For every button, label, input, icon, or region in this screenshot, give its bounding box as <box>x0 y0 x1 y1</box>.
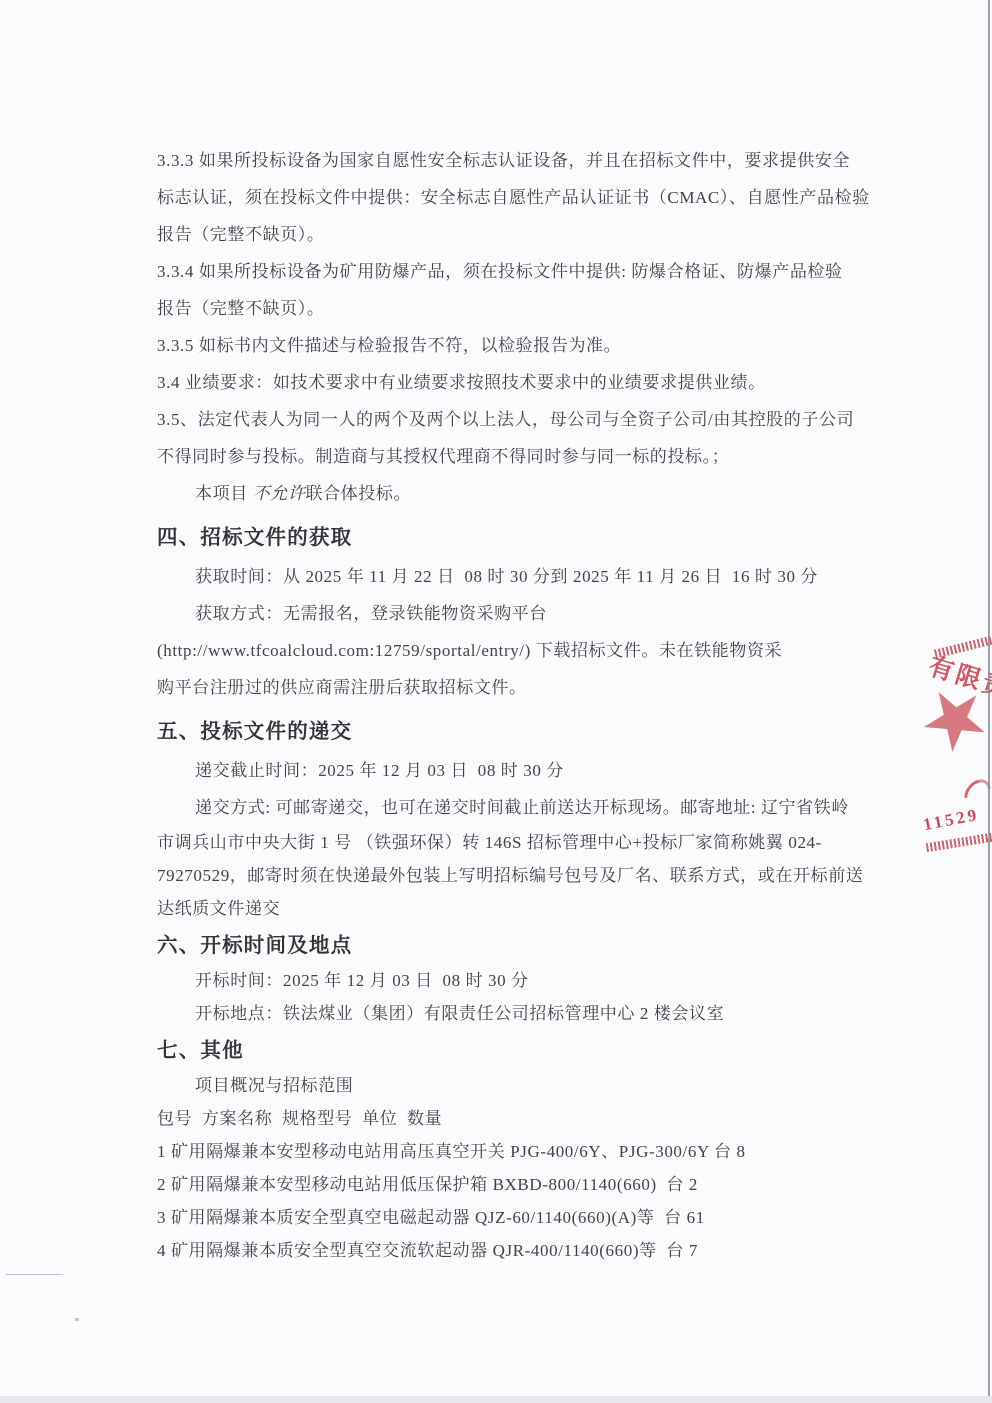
doc-line: 不得同时参与投标。制造商与其授权代理商不得同时参与同一标的投标。； <box>157 438 879 475</box>
section-heading-5: 五、投标文件的递交 <box>157 712 879 752</box>
scan-artifact-dot <box>75 1318 79 1321</box>
doc-line: 3.3.4 如果所投标设备为矿用防爆产品，须在投标文件中提供: 防爆合格证、防爆… <box>157 253 879 290</box>
doc-line: 开标时间：2025 年 12 月 03 日 08 时 30 分 <box>157 964 879 997</box>
note-prefix: 本项目 <box>195 484 253 503</box>
table-row: 2 矿用隔爆兼本安型移动电站用低压保护箱 BXBD-800/1140(660) … <box>157 1168 879 1201</box>
page-edge-shadow-bottom <box>0 1396 992 1403</box>
doc-line: 3.4 业绩要求：如技术要求中有业绩要求按照技术要求中的业绩要求提供业绩。 <box>157 364 879 401</box>
seal-serial-number: 11529 <box>922 805 981 835</box>
section-heading-4: 四、招标文件的获取 <box>157 518 879 558</box>
table-header-row: 包号 方案名称 规格型号 单位 数量 <box>157 1102 879 1135</box>
doc-line: 递交截止时间：2025 年 12 月 03 日 08 时 30 分 <box>157 752 879 789</box>
doc-line: 递交方式: 可邮寄递交，也可在递交时间截止前送达开标现场。邮寄地址: 辽宁省铁岭 <box>157 789 879 826</box>
doc-line: 市调兵山市中央大街 1 号 （铁强环保）转 146S 招标管理中心+投标厂家简称… <box>157 826 879 859</box>
document-body: 3.3.3 如果所投标设备为国家自愿性安全标志认证设备，并且在招标文件中，要求提… <box>157 142 879 1267</box>
doc-line: 开标地点：铁法煤业（集团）有限责任公司招标管理中心 2 楼会议室 <box>157 997 879 1030</box>
emphasis-italic: 不允许 <box>253 484 306 503</box>
doc-line: 达纸质文件递交 <box>157 892 879 925</box>
section-heading-6: 六、开标时间及地点 <box>157 928 879 964</box>
note-suffix: 联合体投标。 <box>305 484 411 503</box>
document-page: 3.3.3 如果所投标设备为国家自愿性安全标志认证设备，并且在招标文件中，要求提… <box>0 0 992 1403</box>
doc-line: 标志认证，须在投标文件中提供：安全标志自愿性产品认证证书（CMAC）、自愿性产品… <box>157 179 879 216</box>
doc-line: 报告（完整不缺页）。 <box>157 290 879 327</box>
doc-line: 购平台注册过的供应商需注册后获取招标文件。 <box>157 669 879 706</box>
doc-line: 3.3.5 如标书内文件描述与检验报告不符，以检验报告为准。 <box>157 327 879 364</box>
doc-line: 3.5、法定代表人为同一人的两个及两个以上法人，母公司与全资子公司/由其控股的子… <box>157 401 879 438</box>
url-line: (http://www.tfcoalcloud.com:12759/sporta… <box>157 632 879 669</box>
no-consortium-note: 本项目 不允许联合体投标。 <box>157 475 879 512</box>
page-edge-shadow-right <box>988 0 990 1403</box>
doc-line: 3.3.3 如果所投标设备为国家自愿性安全标志认证设备，并且在招标文件中，要求提… <box>157 142 879 179</box>
table-row: 1 矿用隔爆兼本安型移动电站用高压真空开关 PJG-400/6Y、PJG-300… <box>157 1135 879 1168</box>
doc-line: 获取方式：无需报名，登录铁能物资采购平台 <box>157 595 879 632</box>
seal-arc-band-bottom <box>926 833 992 852</box>
table-row: 4 矿用隔爆兼本质安全型真空交流软起动器 QJR-400/1140(660)等 … <box>157 1234 879 1267</box>
doc-line: 79270529，邮寄时须在快递最外包装上写明招标编号包号及厂名、联系方式，或在… <box>157 859 879 892</box>
doc-line: 项目概况与招标范围 <box>157 1069 879 1102</box>
seal-arc-band-top <box>934 634 992 658</box>
doc-line: 获取时间：从 2025 年 11 月 22 日 08 时 30 分到 2025 … <box>157 558 879 595</box>
scan-artifact-line <box>6 1274 63 1275</box>
company-seal-stamp: 有限责 ★ 11529 <box>926 636 992 860</box>
doc-line: 报告（完整不缺页）。 <box>157 216 879 253</box>
section-heading-7: 七、其他 <box>157 1033 879 1069</box>
seal-star-icon: ★ <box>907 676 992 764</box>
seal-company-text: 有限责 <box>925 647 992 706</box>
table-row: 3 矿用隔爆兼本质安全型真空电磁起动器 QJZ-60/1140(660)(A)等… <box>157 1201 879 1234</box>
